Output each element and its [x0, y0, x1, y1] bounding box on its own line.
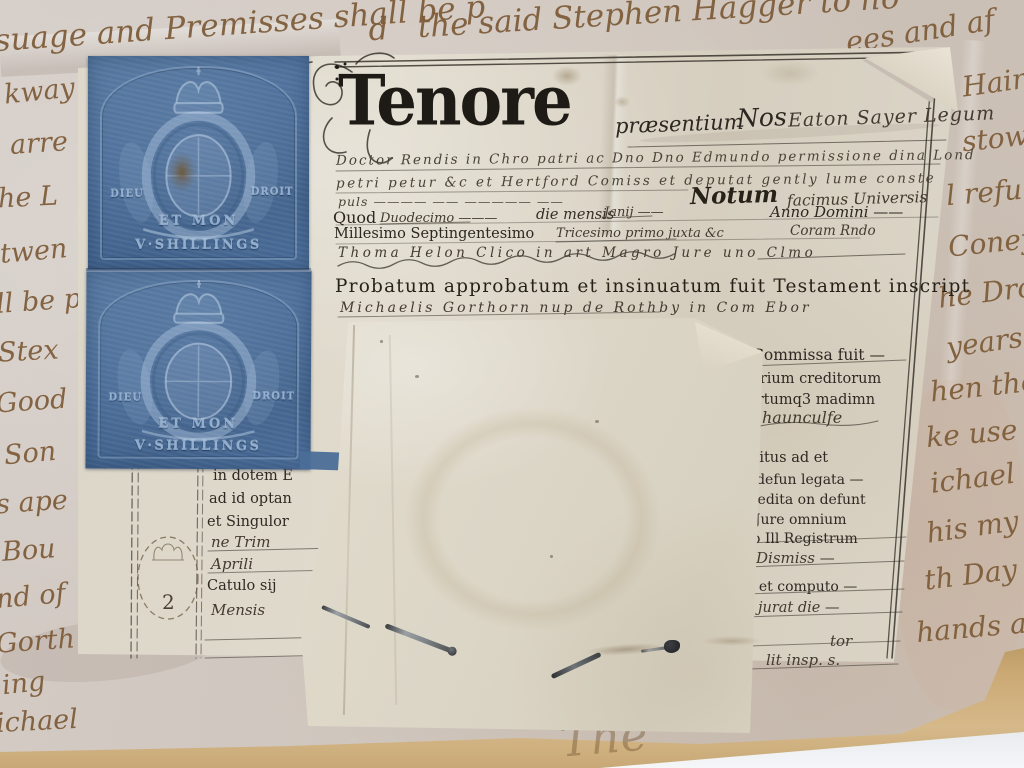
probate-right-col: Commissa fuit —	[752, 346, 885, 364]
probate-left-col: Catulo sij	[207, 578, 276, 594]
probate-blank: Tricesimo primo juxta &c	[556, 226, 724, 241]
deed-left-fragment: Bou	[1, 533, 57, 568]
probate-left-col: ad id optan	[209, 491, 292, 507]
stamp-motto-right: DROIT	[252, 392, 295, 403]
probate-left-col: in dotem E	[213, 468, 293, 484]
stamp-motto: ET MON	[86, 417, 311, 433]
probate-left-col: Mensis	[211, 601, 265, 619]
probate-word: Anno Domini ——	[770, 203, 903, 221]
probate-blank: Janij ——	[604, 205, 664, 220]
probate-heading: Tenore	[338, 61, 571, 142]
probate-right-col: i Jure omnium	[746, 512, 846, 528]
probate-left-col: ne Trim	[211, 533, 271, 551]
probate-right-col: o et computo —	[746, 579, 857, 595]
deed-left-fragment: Stex	[0, 334, 59, 368]
stamp-motto-left: DIEU	[110, 189, 144, 200]
probate-word: Millesimo Septingentesimo	[334, 226, 534, 242]
probate-word: Quod	[333, 208, 376, 227]
probate-right-col: lit insp. s.	[766, 651, 840, 669]
probate-left-col: Aprili	[211, 555, 253, 573]
probate-script-line: Thoma Helon Clico in art Magro Jure uno …	[338, 245, 816, 261]
deed-left-fragment: ichael	[0, 704, 79, 739]
deed-left-fragment: Son	[3, 436, 58, 471]
probate-right-col: t defun legata —	[746, 472, 863, 488]
rust-smudge	[702, 636, 762, 646]
probate-right-col: nitus ad et	[750, 450, 828, 466]
deed-left-fragment: Gorth	[0, 623, 76, 659]
deed-left-fragment: ll be p	[0, 283, 82, 320]
stamp-value: V·SHILLINGS	[88, 238, 309, 253]
deed-left-fragment: twen	[0, 233, 69, 270]
probate-right-col: jurium creditorum	[746, 371, 881, 387]
probate-notum: Notum	[690, 181, 779, 210]
deed-left-fragment: nd of	[0, 578, 67, 615]
probate-right-col: credita on defunt	[743, 492, 866, 508]
revenue-stamp-lower: DIEU DROIT ET MON V·SHILLINGS	[85, 269, 311, 469]
probate-word: die mensis	[536, 207, 614, 223]
probate-left-col: et Singulor	[207, 514, 289, 530]
deed-left-fragment: he L	[0, 180, 59, 214]
probate-right-col: Dismiss —	[756, 549, 835, 567]
deed-left-fragment: ing	[0, 666, 46, 701]
probate-script-line: puls ———— —— ————— ——	[338, 194, 564, 209]
ink-stain	[760, 60, 820, 86]
probate-word: Coram Rndo	[790, 223, 876, 239]
probate-word: præsentium	[615, 110, 744, 138]
deed-right-fragment: l refu	[945, 173, 1024, 213]
patch-speck	[595, 420, 599, 423]
probate-right-col: ortumq3 madimn	[748, 392, 875, 408]
probate-probatum-line: Probatum approbatum et insinuatum fuit T…	[335, 276, 970, 297]
patch-speck	[550, 555, 553, 558]
deed-left-fragment: arre	[9, 126, 69, 161]
stamp-motto-right: DROIT	[251, 187, 294, 198]
probate-word: Nos	[737, 102, 788, 133]
stamp-motto: ET MON	[88, 214, 309, 229]
patch-speck	[415, 375, 419, 378]
probate-right-col: jurat die —	[758, 600, 839, 616]
probate-right-col: do Ill Registrum	[743, 531, 858, 547]
stamp-stain	[168, 152, 196, 192]
probate-right-col: haunculfe	[762, 408, 842, 427]
probate-right-col: tor	[830, 632, 852, 650]
stamp-motto-left: DIEU	[108, 393, 142, 404]
document-photo: suage and Premisses shall be p d the sai…	[0, 0, 1024, 768]
probate-blank: Duodecimo ———	[380, 211, 497, 226]
ink-stain	[614, 96, 630, 108]
parchment-patch	[295, 315, 770, 740]
revenue-stamp-upper: DIEU DROIT ET MON V·SHILLINGS	[88, 56, 309, 270]
stamp-value: V·SHILLINGS	[86, 439, 311, 455]
probate-script-line: Michaelis Gorthorn nup de Rothby in Com …	[340, 300, 812, 316]
deed-left-fragment: Good	[0, 384, 68, 420]
blind-stamp-number: 2	[162, 590, 175, 614]
stamp-seam	[86, 268, 311, 272]
patch-speck	[380, 340, 383, 343]
deed-left-fragment: s ape	[0, 485, 69, 521]
